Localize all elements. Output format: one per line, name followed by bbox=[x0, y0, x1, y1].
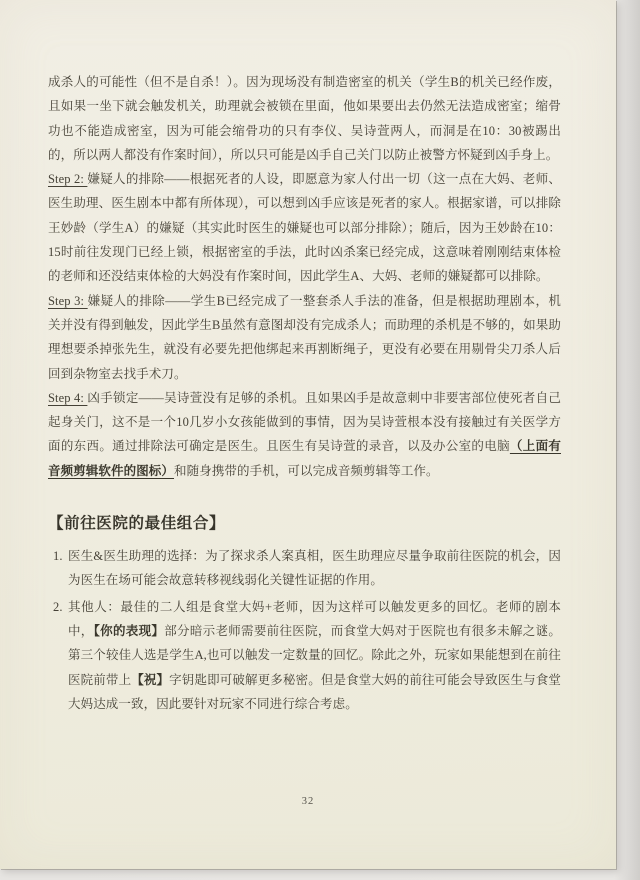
list-item-text: 其他人：最佳的二人组是食堂大妈+老师，因为这样可以触发更多的回忆。老师的剧本中，… bbox=[68, 600, 561, 711]
paragraph-step-2: Step 2: 嫌疑人的排除——根据死者的人设，即愿意为家人付出一切（这一点在大… bbox=[48, 167, 561, 288]
best-combo-list: 1. 医生&医生助理的选择：为了探求杀人案真相，医生助理应尽量争取前往医院的机会… bbox=[48, 544, 561, 716]
page-content: 成杀人的可能性（但不是自杀！）。因为现场没有制造密室的机关（学生B的机关已经作废… bbox=[48, 70, 561, 716]
paragraph-step-3: Step 3: 嫌疑人的排除——学生B已经完成了一整套杀人手法的准备，但是根据助… bbox=[48, 289, 561, 386]
scanned-page: 成杀人的可能性（但不是自杀！）。因为现场没有制造密室的机关（学生B的机关已经作废… bbox=[0, 0, 616, 869]
list-item-marker: 1. bbox=[53, 544, 63, 568]
list-item-text: 医生&医生助理的选择：为了探求杀人案真相，医生助理应尽量争取前往医院的机会，因为… bbox=[68, 549, 561, 587]
list-item-marker: 2. bbox=[53, 595, 63, 619]
section-heading-best-combo: 【前往医院的最佳组合】 bbox=[48, 511, 561, 537]
list-item-doctor-choice: 1. 医生&医生助理的选择：为了探求杀人案真相，医生助理应尽量争取前往医院的机会… bbox=[48, 544, 561, 593]
list-item-others-choice: 2. 其他人：最佳的二人组是食堂大妈+老师，因为这样可以触发更多的回忆。老师的剧… bbox=[48, 595, 561, 716]
page-number: 32 bbox=[0, 796, 616, 807]
paragraph-continuation: 成杀人的可能性（但不是自杀！）。因为现场没有制造密室的机关（学生B的机关已经作废… bbox=[48, 70, 561, 167]
paragraph-step-4: Step 4: 凶手锁定——吴诗萱没有足够的杀机。且如果凶手是故意刺中非要害部位… bbox=[48, 386, 561, 483]
